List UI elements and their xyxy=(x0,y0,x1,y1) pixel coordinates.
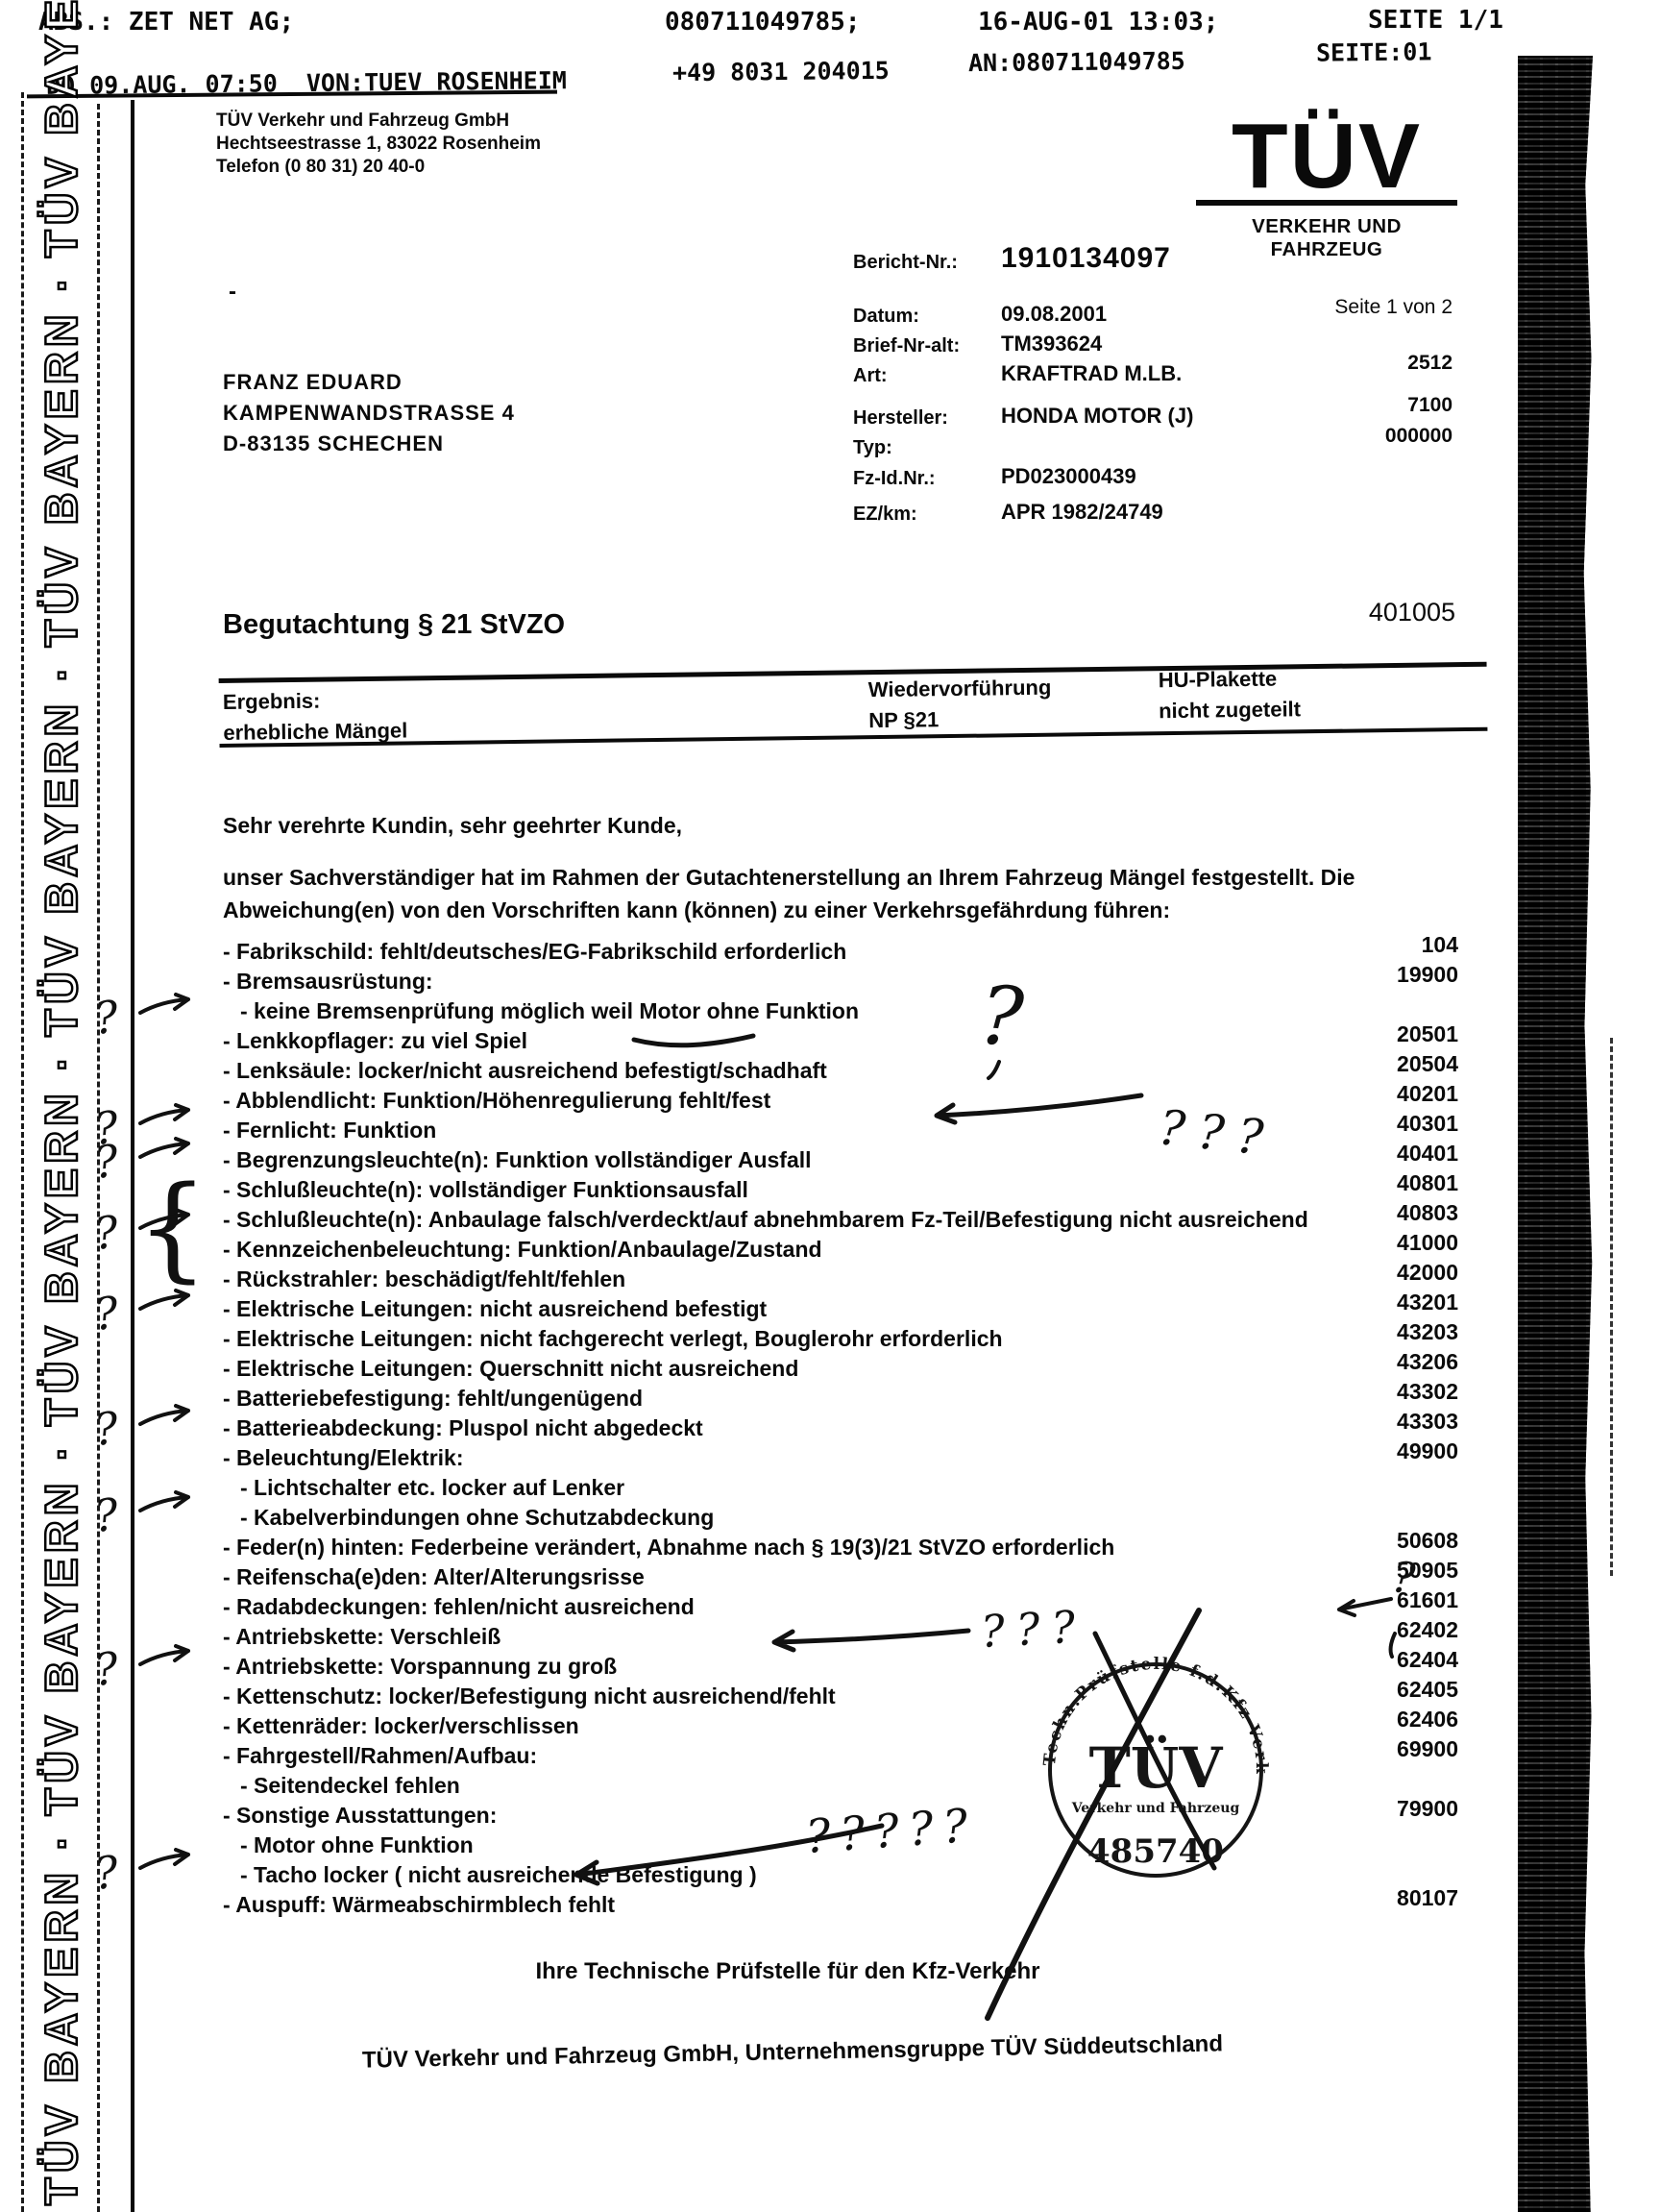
handwritten-margin-arrow xyxy=(140,1210,188,1228)
defect-row: - Rückstrahler: beschädigt/fehlt/fehlen4… xyxy=(223,1265,1458,1294)
defect-row: - Fernlicht: Funktion40301 xyxy=(223,1116,1458,1145)
defect-text: - Reifenscha(e)den: Alter/Alterungsrisse xyxy=(223,1562,1328,1592)
defect-row: - Beleuchtung/Elektrik:49900 xyxy=(223,1443,1458,1473)
defect-row: - Begrenzungsleuchte(n): Funktion vollst… xyxy=(223,1145,1458,1175)
recipient-street: KAMPENWANDSTRASSE 4 xyxy=(223,398,515,429)
defect-code: 62406 xyxy=(1397,1705,1458,1734)
defect-row: - Radabdeckungen: fehlen/nicht ausreiche… xyxy=(223,1592,1458,1622)
defect-code: 42000 xyxy=(1397,1258,1458,1288)
fax-page: ABS.: ZET NET AG; 080711049785; 16-AUG-0… xyxy=(0,0,1660,2212)
defect-text: - Batterieabdeckung: Pluspol nicht abged… xyxy=(223,1413,1328,1443)
bericht-label: Bericht-Nr.: xyxy=(853,252,958,274)
ez-value: APR 1982/24749 xyxy=(1001,500,1163,525)
defect-code: 79900 xyxy=(1397,1794,1458,1824)
defect-text: - Begrenzungsleuchte(n): Funktion vollst… xyxy=(223,1145,1328,1175)
stamp-tuv-text: TÜV xyxy=(1089,1734,1224,1801)
section-title: Begutachtung § 21 StVZO xyxy=(223,609,565,641)
defect-code: 49900 xyxy=(1397,1437,1458,1466)
defect-text: - Lenksäule: locker/nicht ausreichend be… xyxy=(223,1056,1328,1086)
hersteller-value: HONDA MOTOR (J) xyxy=(1001,404,1193,429)
defect-code: 61601 xyxy=(1397,1585,1458,1615)
fzid-label: Fz-Id.Nr.: xyxy=(853,468,936,490)
defect-code: 40201 xyxy=(1397,1079,1458,1109)
tuv-logo-subtitle: VERKEHR UND FAHRZEUG xyxy=(1196,215,1457,261)
fzid-value: PD023000439 xyxy=(1001,464,1136,489)
art-label: Art: xyxy=(853,365,888,387)
defect-text: - Schlußleuchte(n): vollständiger Funkti… xyxy=(223,1175,1328,1205)
defect-row: - Abblendlicht: Funktion/Höhenregulierun… xyxy=(223,1086,1458,1116)
brief-label: Brief-Nr-alt: xyxy=(853,335,960,357)
recipient-block: FRANZ EDUARD KAMPENWANDSTRASSE 4 D-83135… xyxy=(223,367,515,459)
datum-label: Datum: xyxy=(853,306,919,328)
fax-datetime: 16-AUG-01 13:03; xyxy=(978,8,1218,37)
defect-row: - Kennzeichenbeleuchtung: Funktion/Anbau… xyxy=(223,1235,1458,1265)
defect-code: 20501 xyxy=(1397,1020,1458,1049)
wiedervorfuehrung-value: NP §21 xyxy=(868,707,939,733)
defect-text: - Elektrische Leitungen: Querschnitt nic… xyxy=(223,1354,1328,1384)
defect-row: - Schlußleuchte(n): Anbaulage falsch/ver… xyxy=(223,1205,1458,1235)
table-rule-top xyxy=(219,662,1487,683)
hu-plakette-label: HU-Plakette xyxy=(1159,667,1278,694)
defect-text: - Fabrikschild: fehlt/deutsches/EG-Fabri… xyxy=(223,937,1328,967)
defect-text: - Elektrische Leitungen: nicht fachgerec… xyxy=(223,1324,1328,1354)
defect-row: - Elektrische Leitungen: Querschnitt nic… xyxy=(223,1354,1458,1384)
defect-code: 43302 xyxy=(1397,1377,1458,1407)
defect-code: 40301 xyxy=(1397,1109,1458,1139)
tuv-stamp: Techn.Prüfstelle f.d.Kfz-Verkehr TÜV Ver… xyxy=(1016,1634,1295,1912)
defect-code: 69900 xyxy=(1397,1734,1458,1764)
brief-value: TM393624 xyxy=(1001,332,1102,356)
defect-text: - Elektrische Leitungen: nicht ausreiche… xyxy=(223,1294,1328,1324)
defect-code: 43303 xyxy=(1397,1407,1458,1437)
defect-code: 40801 xyxy=(1397,1168,1458,1198)
defect-row: - Elektrische Leitungen: nicht ausreiche… xyxy=(223,1294,1458,1324)
defect-row: - keine Bremsenprüfung möglich weil Moto… xyxy=(223,996,1458,1026)
defect-code: 43206 xyxy=(1397,1347,1458,1377)
defect-code: 40803 xyxy=(1397,1198,1458,1228)
defect-text: - Lichtschalter etc. locker auf Lenker xyxy=(223,1473,1345,1503)
letterhead-phone: Telefon (0 80 31) 20 40-0 xyxy=(216,156,541,179)
datum-value: 09.08.2001 xyxy=(1001,302,1107,327)
handwritten-margin-arrow xyxy=(140,1492,188,1511)
tuv-bayern-banner: TÜV BAYERN ∙ TÜV BAYERN ∙ TÜV BAYERN ∙ T… xyxy=(35,86,87,2205)
stamp-small-line: Verkehr und Fahrzeug xyxy=(1071,1801,1240,1816)
fax-page-count: SEITE 1/1 xyxy=(1368,6,1503,35)
defect-code: 104 xyxy=(1422,930,1458,960)
defect-code: 80107 xyxy=(1397,1883,1458,1913)
result-label: Ergebnis: xyxy=(223,689,321,715)
stamp-number: 485740 xyxy=(1087,1832,1224,1871)
defect-code: 50905 xyxy=(1397,1556,1458,1585)
handwritten-margin-arrow xyxy=(140,1105,188,1123)
defect-row: - Feder(n) hinten: Federbeine verändert,… xyxy=(223,1533,1458,1562)
defect-code: 19900 xyxy=(1397,960,1458,990)
recipient-dash: - xyxy=(229,279,236,306)
defect-text: - Rückstrahler: beschädigt/fehlt/fehlen xyxy=(223,1265,1328,1294)
footer-line2: TÜV Verkehr und Fahrzeug GmbH, Unternehm… xyxy=(240,2028,1345,2077)
left-dashed-border xyxy=(21,92,24,2212)
seite-von: Seite 1 von 2 xyxy=(1299,296,1452,319)
defect-text: - Radabdeckungen: fehlen/nicht ausreiche… xyxy=(223,1592,1328,1622)
defect-code: 40401 xyxy=(1397,1139,1458,1168)
scan-artifact-dashes xyxy=(1610,1038,1613,1576)
defect-row: - Schlußleuchte(n): vollständiger Funkti… xyxy=(223,1175,1458,1205)
handwritten-margin-arrow xyxy=(140,1646,188,1664)
handwritten-margin-arrow xyxy=(140,1290,188,1309)
typ-label: Typ: xyxy=(853,437,892,459)
bericht-value: 1910134097 xyxy=(1001,242,1171,275)
defect-text: - Schlußleuchte(n): Anbaulage falsch/ver… xyxy=(223,1205,1328,1235)
defect-code: 62405 xyxy=(1397,1675,1458,1705)
defect-text: - Abblendlicht: Funktion/Höhenregulierun… xyxy=(223,1086,1328,1116)
defect-code: 62402 xyxy=(1397,1615,1458,1645)
defect-text: - keine Bremsenprüfung möglich weil Moto… xyxy=(223,996,1345,1026)
defect-code: 43203 xyxy=(1397,1317,1458,1347)
footer-line1: Ihre Technische Prüfstelle für den Kfz-V… xyxy=(317,1958,1258,1985)
fax-id: 080711049785; xyxy=(665,8,861,37)
defect-row: - Kabelverbindungen ohne Schutzabdeckung xyxy=(223,1503,1458,1533)
defect-row: - Batteriebefestigung: fehlt/ungenügend4… xyxy=(223,1384,1458,1413)
wiedervorfuehrung-label: Wiedervorführung xyxy=(868,676,1052,702)
defect-text: - Kabelverbindungen ohne Schutzabdeckung xyxy=(223,1503,1345,1533)
defect-code: 43201 xyxy=(1397,1288,1458,1317)
banner-dashed-line xyxy=(97,104,100,2212)
defect-row: - Lenkkopflager: zu viel Spiel20501 xyxy=(223,1026,1458,1056)
defect-text: - Lenkkopflager: zu viel Spiel xyxy=(223,1026,1328,1056)
scan-artifact-band xyxy=(1518,56,1593,2212)
defect-code: 50608 xyxy=(1397,1526,1458,1556)
defect-row: - Bremsausrüstung:19900 xyxy=(223,967,1458,996)
hersteller-label: Hersteller: xyxy=(853,407,948,430)
handwritten-brace-schlussleuchten: { xyxy=(136,1161,208,1293)
defect-text: - Fernlicht: Funktion xyxy=(223,1116,1328,1145)
letterhead-company: TÜV Verkehr und Fahrzeug GmbH xyxy=(216,110,541,133)
salutation: Sehr verehrte Kundin, sehr geehrter Kund… xyxy=(223,809,682,842)
defect-row: - Fabrikschild: fehlt/deutsches/EG-Fabri… xyxy=(223,937,1458,967)
handwritten-margin-arrow xyxy=(140,1406,188,1424)
letterhead-address: Hechtseestrasse 1, 83022 Rosenheim xyxy=(216,133,541,156)
defect-code: 62404 xyxy=(1397,1645,1458,1675)
fax-phone: +49 8031 204015 xyxy=(672,57,890,86)
margin-marks: ????????? xyxy=(92,991,188,1900)
defect-row: - Lichtschalter etc. locker auf Lenker xyxy=(223,1473,1458,1503)
defect-row: - Lenksäule: locker/nicht ausreichend be… xyxy=(223,1056,1458,1086)
fax-to-number: AN:080711049785 xyxy=(968,47,1185,77)
defect-code: 41000 xyxy=(1397,1228,1458,1258)
defect-row: - Elektrische Leitungen: nicht fachgerec… xyxy=(223,1324,1458,1354)
defect-text: - Batteriebefestigung: fehlt/ungenügend xyxy=(223,1384,1328,1413)
art-value: KRAFTRAD M.LB. xyxy=(1001,361,1182,386)
table-rule-bottom xyxy=(220,727,1488,748)
fax-page-number: SEITE:01 xyxy=(1316,37,1432,66)
intro-paragraph: unser Sachverständiger hat im Rahmen der… xyxy=(223,861,1487,926)
letterhead: TÜV Verkehr und Fahrzeug GmbH Hechtseest… xyxy=(216,110,541,179)
hu-plakette-value: nicht zugeteilt xyxy=(1159,697,1301,724)
result-table: Ergebnis: erhebliche Mängel Wiedervorfüh… xyxy=(218,637,1487,759)
defect-row: - Batterieabdeckung: Pluspol nicht abged… xyxy=(223,1413,1458,1443)
handwritten-margin-arrow xyxy=(140,1850,188,1868)
meta-num3: 000000 xyxy=(1299,425,1452,448)
handwritten-margin-arrow xyxy=(140,1139,188,1157)
defect-text: - Beleuchtung/Elektrik: xyxy=(223,1443,1328,1473)
meta-num2: 7100 xyxy=(1299,394,1452,417)
section-code: 401005 xyxy=(1278,598,1455,627)
defect-text: - Bremsausrüstung: xyxy=(223,967,1328,996)
tuv-logo-text: TÜV xyxy=(1196,115,1457,198)
defect-row: - Reifenscha(e)den: Alter/Alterungsrisse… xyxy=(223,1562,1458,1592)
defect-code: 20504 xyxy=(1397,1049,1458,1079)
ez-label: EZ/km: xyxy=(853,504,917,526)
recipient-name: FRANZ EDUARD xyxy=(223,367,515,398)
tuv-logo: TÜV VERKEHR UND FAHRZEUG xyxy=(1196,115,1457,261)
meta-num1: 2512 xyxy=(1299,352,1452,375)
recipient-city: D-83135 SCHECHEN xyxy=(223,429,515,459)
handwritten-margin-arrow xyxy=(140,995,188,1013)
banner-solid-line xyxy=(131,100,134,2212)
defect-text: - Kennzeichenbeleuchtung: Funktion/Anbau… xyxy=(223,1235,1328,1265)
defect-text: - Feder(n) hinten: Federbeine verändert,… xyxy=(223,1533,1328,1562)
